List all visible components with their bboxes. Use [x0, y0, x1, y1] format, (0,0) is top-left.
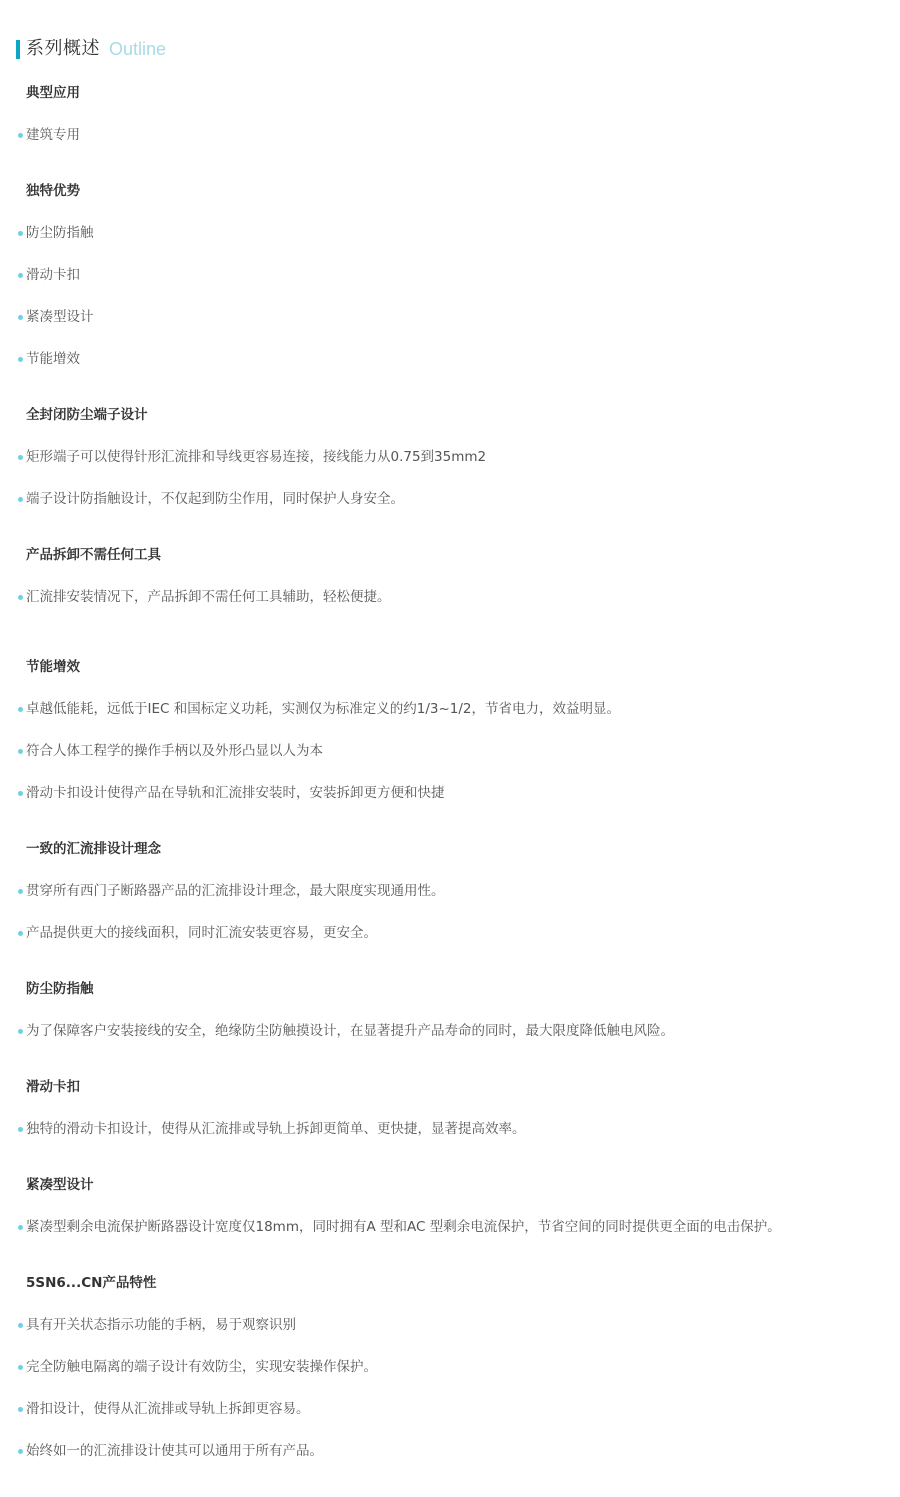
- bullet-dot-icon: [18, 791, 23, 796]
- bullet-dot-icon: [18, 357, 23, 362]
- list-item: 紧凑型剩余电流保护断路器设计宽度仅18mm，同时拥有A 型和AC 型剩余电流保护…: [18, 1218, 781, 1236]
- bullet-dot-icon: [18, 273, 23, 278]
- list-item: 符合人体工程学的操作手柄以及外形凸显以人为本: [18, 742, 323, 760]
- list-item: 产品提供更大的接线面积，同时汇流安装更容易，更安全。: [18, 924, 377, 942]
- bullet-dot-icon: [18, 231, 23, 236]
- page-subtitle: Outline: [109, 38, 166, 60]
- page-header: 系列概述 Outline: [16, 38, 166, 60]
- bullet-dot-icon: [18, 749, 23, 754]
- bullet-dot-icon: [18, 595, 23, 600]
- bullet-dot-icon: [18, 133, 23, 138]
- list-item: 贯穿所有西门子断路器产品的汇流排设计理念，最大限度实现通用性。: [18, 882, 445, 900]
- header-accent-bar: [16, 40, 20, 59]
- section-title: 紧凑型设计: [26, 1176, 94, 1194]
- section-title: 产品拆卸不需任何工具: [26, 546, 161, 564]
- list-item: 为了保障客户安装接线的安全，绝缘防尘防触摸设计，在显著提升产品寿命的同时，最大限…: [18, 1022, 674, 1040]
- list-item: 卓越低能耗，远低于IEC 和国标定义功耗，实测仅为标准定义的约1/3~1/2，节…: [18, 700, 620, 718]
- bullet-dot-icon: [18, 931, 23, 936]
- list-item: 建筑专用: [18, 126, 80, 144]
- bullet-dot-icon: [18, 1365, 23, 1370]
- section-title: 典型应用: [26, 84, 80, 102]
- bullet-dot-icon: [18, 455, 23, 460]
- list-item: 滑动卡扣: [18, 266, 80, 284]
- section-title: 防尘防指触: [26, 980, 94, 998]
- section-title: 5SN6...CN产品特性: [26, 1274, 156, 1292]
- bullet-dot-icon: [18, 1323, 23, 1328]
- section-title: 滑动卡扣: [26, 1078, 80, 1096]
- bullet-dot-icon: [18, 1127, 23, 1132]
- section-title: 全封闭防尘端子设计: [26, 406, 148, 424]
- list-item: 具有开关状态指示功能的手柄，易于观察识别: [18, 1316, 296, 1334]
- bullet-dot-icon: [18, 1029, 23, 1034]
- list-item: 矩形端子可以使得针形汇流排和导线更容易连接，接线能力从0.75到35mm2: [18, 448, 486, 466]
- bullet-dot-icon: [18, 707, 23, 712]
- list-item: 完全防触电隔离的端子设计有效防尘，实现安装操作保护。: [18, 1358, 377, 1376]
- list-item: 独特的滑动卡扣设计，使得从汇流排或导轨上拆卸更简单、更快捷，显著提高效率。: [18, 1120, 526, 1138]
- list-item: 滑扣设计，使得从汇流排或导轨上拆卸更容易。: [18, 1400, 310, 1418]
- section-title: 一致的汇流排设计理念: [26, 840, 161, 858]
- list-item: 端子设计防指触设计，不仅起到防尘作用，同时保护人身安全。: [18, 490, 404, 508]
- bullet-dot-icon: [18, 1407, 23, 1412]
- list-item: 节能增效: [18, 350, 80, 368]
- list-item: 防尘防指触: [18, 224, 94, 242]
- list-item: 始终如一的汇流排设计使其可以通用于所有产品。: [18, 1442, 323, 1460]
- bullet-dot-icon: [18, 315, 23, 320]
- bullet-dot-icon: [18, 1449, 23, 1454]
- list-item: 滑动卡扣设计使得产品在导轨和汇流排安装时，安装拆卸更方便和快捷: [18, 784, 445, 802]
- list-item: 汇流排安装情况下，产品拆卸不需任何工具辅助，轻松便捷。: [18, 588, 391, 606]
- page-title: 系列概述: [26, 38, 100, 60]
- bullet-dot-icon: [18, 497, 23, 502]
- section-title: 独特优势: [26, 182, 80, 200]
- bullet-dot-icon: [18, 889, 23, 894]
- bullet-dot-icon: [18, 1225, 23, 1230]
- list-item: 紧凑型设计: [18, 308, 94, 326]
- section-title: 节能增效: [26, 658, 80, 676]
